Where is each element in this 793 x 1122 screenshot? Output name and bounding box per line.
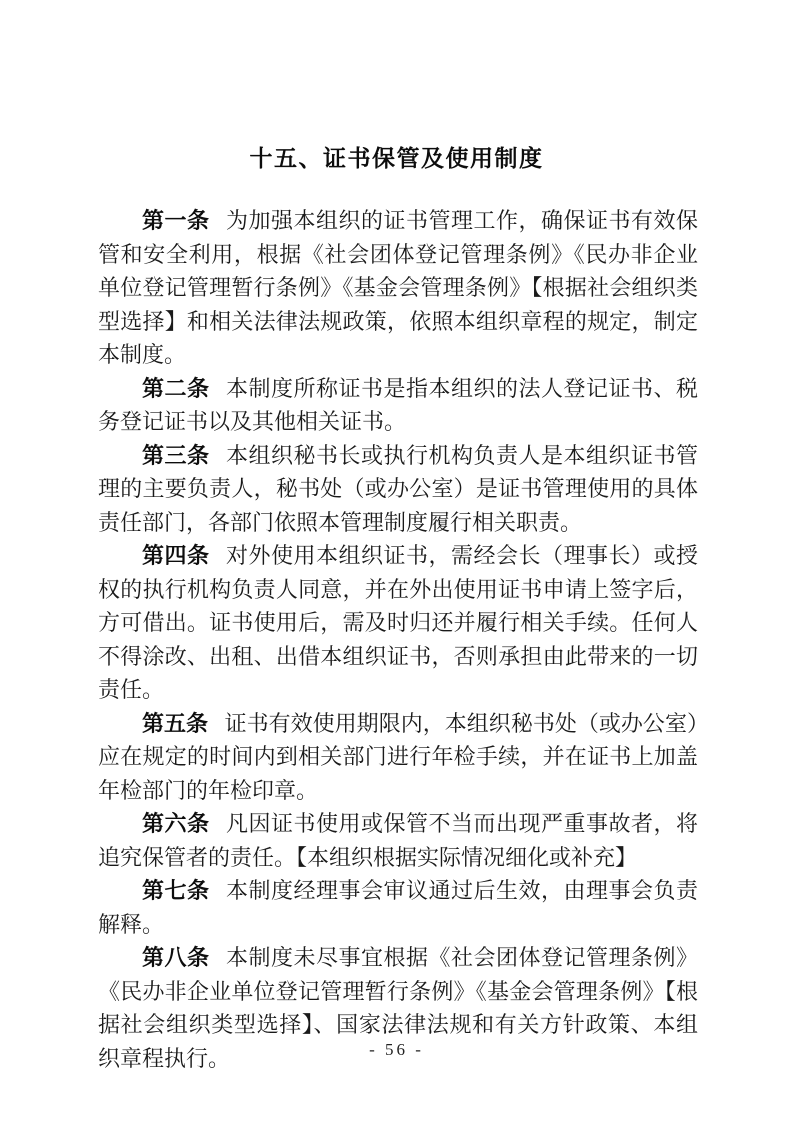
article-label: 第三条 xyxy=(142,443,210,468)
paragraph: 第三条本组织秘书长或执行机构负责人是本组织证书管理的主要负责人，秘书处（或办公室… xyxy=(98,439,698,540)
article-label: 第六条 xyxy=(142,811,210,836)
article-label: 第七条 xyxy=(142,878,210,903)
document-page: 十五、证书保管及使用制度 第一条为加强本组织的证书管理工作，确保证书有效保管和安… xyxy=(0,0,793,1122)
page-number: - 56 - xyxy=(0,1040,793,1060)
article-label: 第二条 xyxy=(142,376,210,401)
article-label: 第五条 xyxy=(142,711,208,736)
paragraph: 第六条凡因证书使用或保管不当而出现严重事故者，将追究保管者的责任。【本组织根据实… xyxy=(98,807,698,874)
paragraph: 第五条证书有效使用期限内，本组织秘书处（或办公室）应在规定的时间内到相关部门进行… xyxy=(98,707,698,808)
document-body: 第一条为加强本组织的证书管理工作，确保证书有效保管和安全利用，根据《社会团体登记… xyxy=(98,204,698,1075)
article-label: 第一条 xyxy=(142,208,210,233)
paragraph: 第二条本制度所称证书是指本组织的法人登记证书、税务登记证书以及其他相关证书。 xyxy=(98,372,698,439)
article-label: 第八条 xyxy=(142,945,210,970)
article-label: 第四条 xyxy=(142,543,210,568)
paragraph: 第一条为加强本组织的证书管理工作，确保证书有效保管和安全利用，根据《社会团体登记… xyxy=(98,204,698,372)
page-title: 十五、证书保管及使用制度 xyxy=(0,140,793,173)
paragraph: 第七条本制度经理事会审议通过后生效，由理事会负责解释。 xyxy=(98,874,698,941)
paragraph: 第四条对外使用本组织证书，需经会长（理事长）或授权的执行机构负责人同意，并在外出… xyxy=(98,539,698,707)
